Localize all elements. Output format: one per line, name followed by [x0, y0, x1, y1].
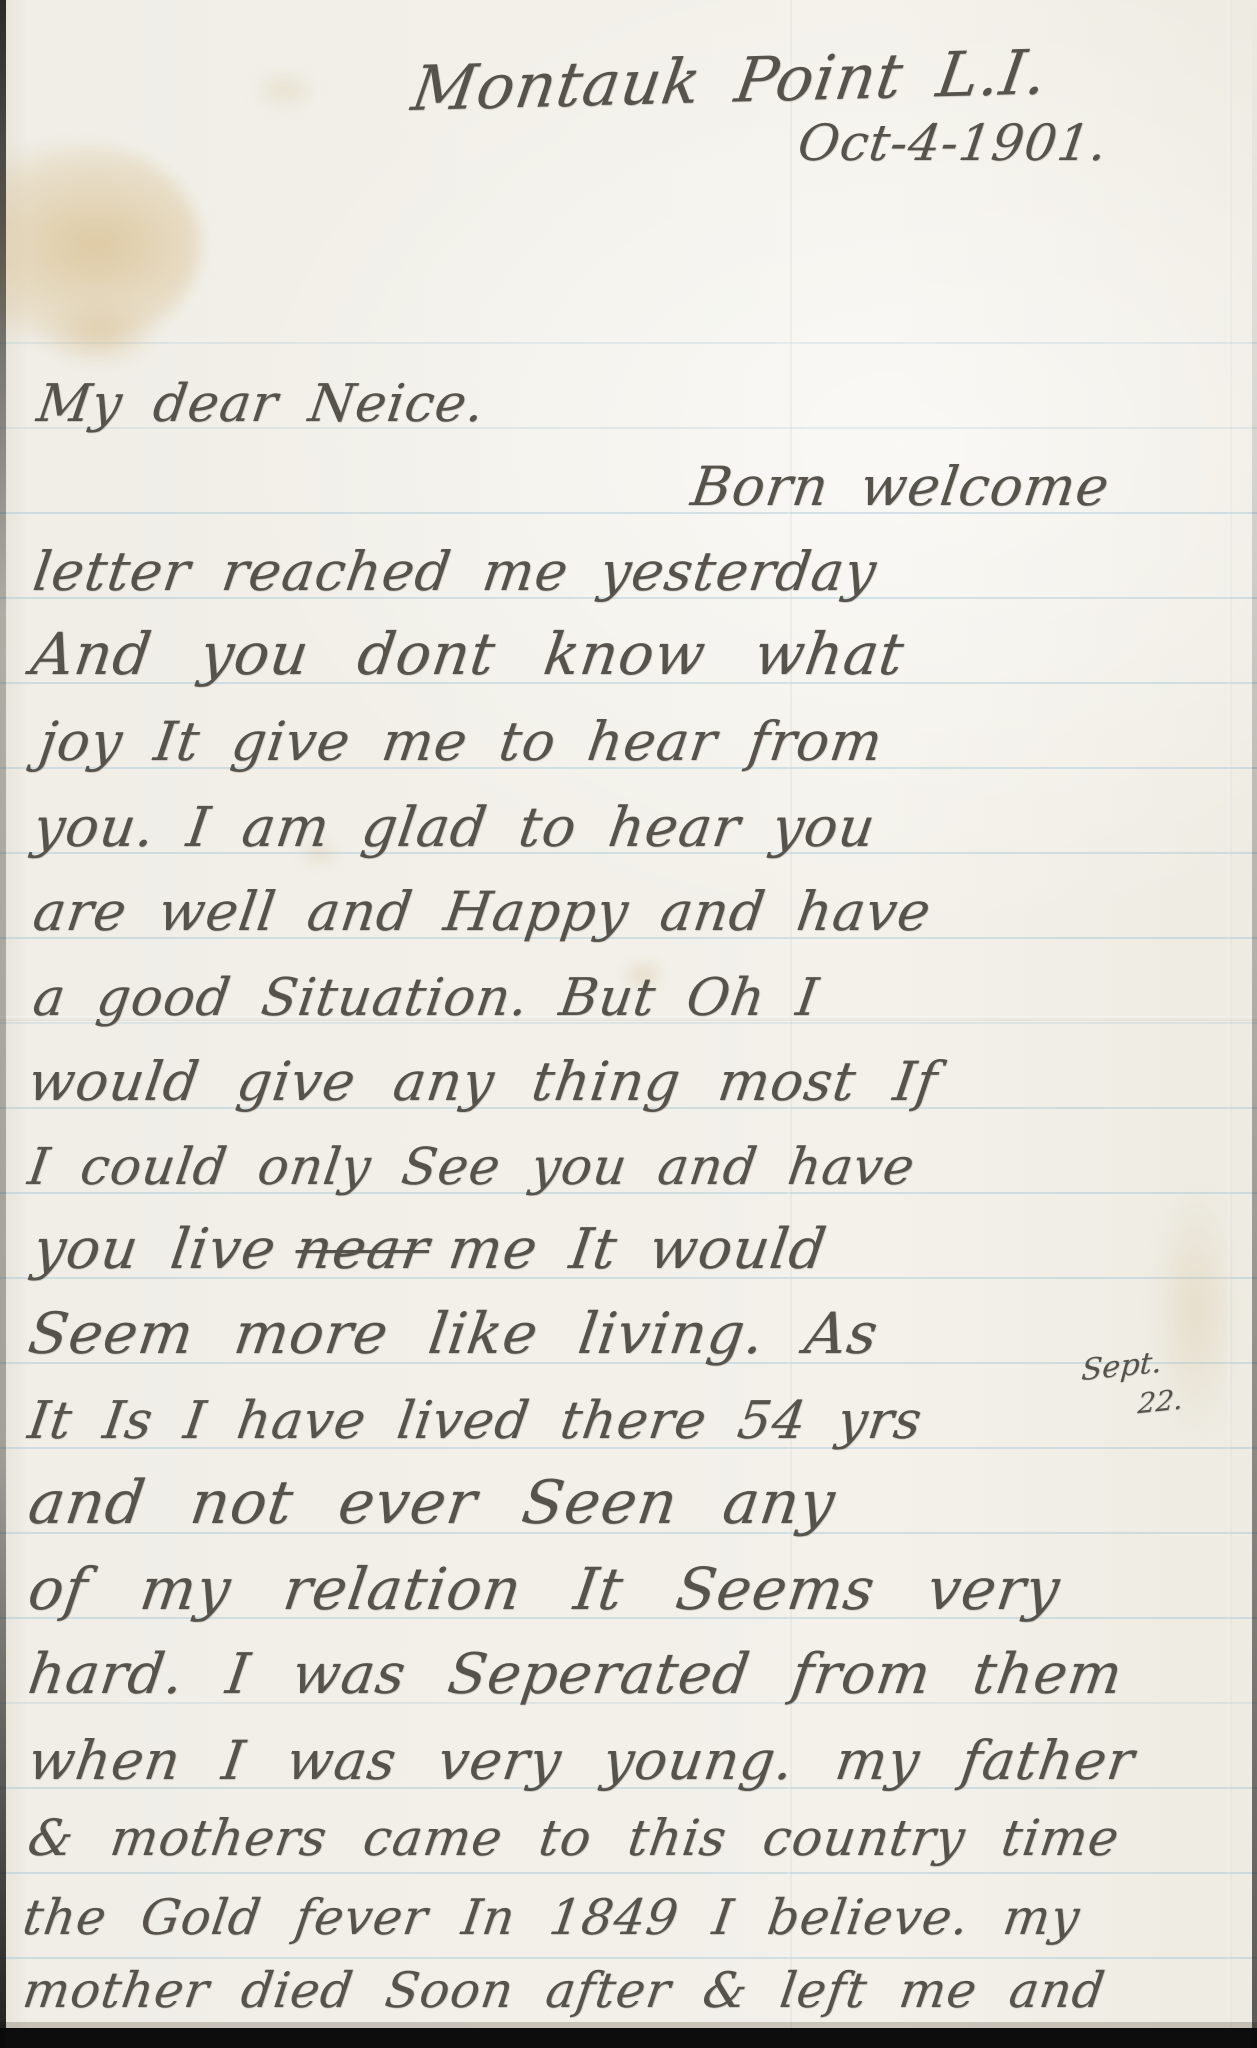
- marginal-note-22: 22.: [1137, 1386, 1184, 1419]
- body-line: of my relation It Seems very: [25, 1560, 1064, 1618]
- body-line: you. I am glad to hear you: [30, 800, 879, 855]
- body-line: mother died Soon after & left me and: [20, 1966, 1108, 2015]
- body-line: And you dont know what: [28, 625, 908, 683]
- letter-photograph: Montauk Point L.I. Oct-4-1901. My dear N…: [0, 0, 1257, 2048]
- body-line: would give any thing most If: [25, 1055, 941, 1109]
- body-line: the Gold fever In 1849 I believe. my: [20, 1893, 1083, 1942]
- paper-stain: [250, 70, 320, 110]
- body-line: hard. I was Seperated from them: [25, 1647, 1126, 1703]
- body-line: Born welcome: [688, 460, 1113, 514]
- body-line: when I was very young. my father: [25, 1734, 1138, 1788]
- heading-place: Montauk Point L.I.: [408, 41, 1052, 120]
- ruled-line: [0, 1872, 1257, 1874]
- heading-date: Oct-4-1901.: [795, 118, 1111, 168]
- body-line: and not ever Seen any: [25, 1473, 839, 1533]
- body-line: & mothers came to this country time: [25, 1813, 1123, 1863]
- photo-edge-bottom: [0, 2028, 1257, 2048]
- salutation: My dear Neice.: [34, 378, 488, 430]
- paper-stain: [40, 300, 160, 370]
- ruled-line: [0, 342, 1257, 344]
- ruled-line: [0, 1957, 1257, 1959]
- body-line: I could only See you and have: [25, 1142, 918, 1193]
- paper-crease: [1228, 0, 1232, 2028]
- body-line: letter reached me yesterday: [30, 545, 880, 599]
- body-line: It Is I have lived there 54 yrs: [25, 1395, 925, 1447]
- photo-edge-right: [1252, 0, 1257, 2048]
- marginal-note-sept: Sept.: [1080, 1348, 1162, 1386]
- body-line: are well and Happy and have: [30, 885, 935, 939]
- body-line: a good Situation. But Oh I: [30, 972, 822, 1024]
- corrected-line-pre: you live: [29, 1217, 280, 1282]
- struck-word: near: [291, 1217, 434, 1282]
- photo-edge-left: [0, 0, 6, 2048]
- body-line-corrected: you livenearme It would: [30, 1222, 830, 1278]
- body-line: Seem more like living. As: [25, 1306, 882, 1363]
- corrected-line-post: me It would: [445, 1217, 831, 1282]
- letter-page: Montauk Point L.I. Oct-4-1901. My dear N…: [0, 0, 1257, 2028]
- body-line: joy It give me to hear from: [36, 715, 886, 769]
